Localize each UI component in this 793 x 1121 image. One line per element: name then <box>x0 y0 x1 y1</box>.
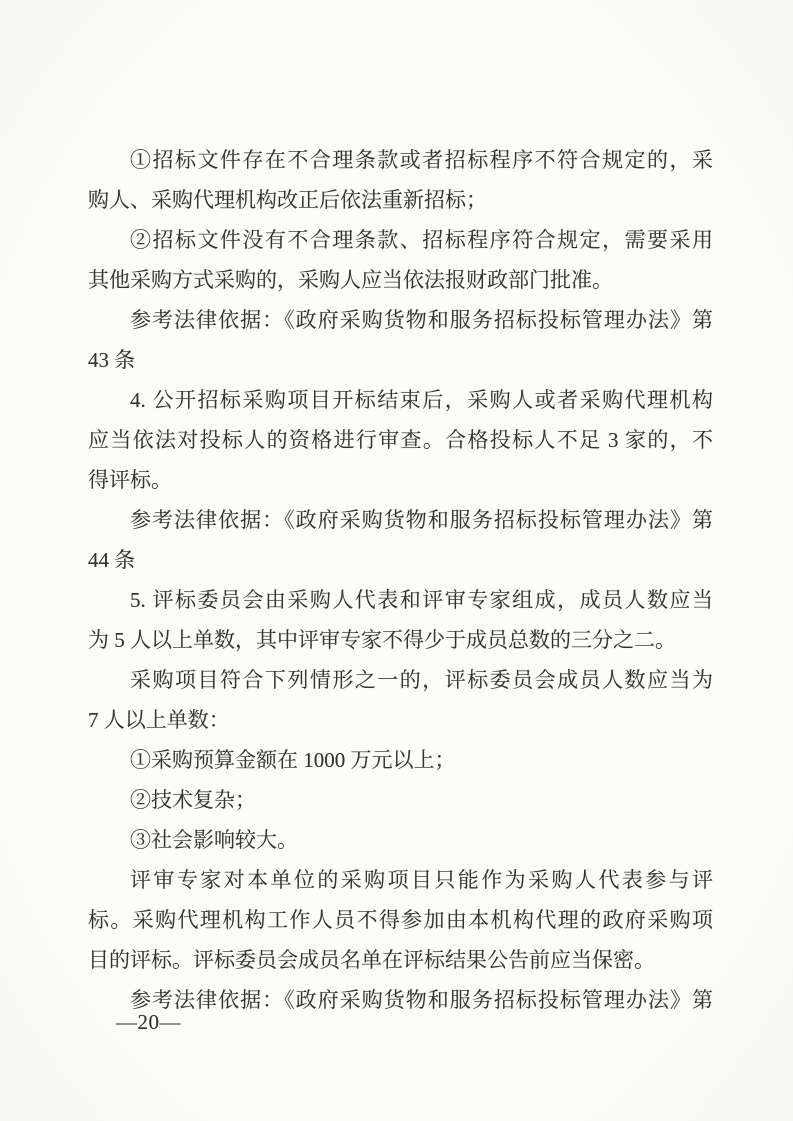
text-line: 购人、采购代理机构改正后依法重新招标； <box>88 180 713 220</box>
text-line: 参考法律依据：《政府采购货物和服务招标投标管理办法》第 <box>88 500 713 540</box>
text-line: 标。采购代理机构工作人员不得参加由本机构代理的政府采购项 <box>88 900 713 940</box>
document-text-block: ①招标文件存在不合理条款或者招标程序不符合规定的，采 购人、采购代理机构改正后依… <box>88 140 713 1020</box>
text-line: 44 条 <box>88 540 713 580</box>
text-line: ③社会影响较大。 <box>88 820 713 860</box>
text-line: 其他采购方式采购的，采购人应当依法报财政部门批准。 <box>88 260 713 300</box>
text-line: 参考法律依据：《政府采购货物和服务招标投标管理办法》第 <box>88 980 713 1020</box>
scanned-document-page: ①招标文件存在不合理条款或者招标程序不符合规定的，采 购人、采购代理机构改正后依… <box>0 0 793 1121</box>
text-line: 采购项目符合下列情形之一的，评标委员会成员人数应当为 <box>88 660 713 700</box>
text-line: 评审专家对本单位的采购项目只能作为采购人代表参与评 <box>88 860 713 900</box>
text-line: 43 条 <box>88 340 713 380</box>
text-line: ①招标文件存在不合理条款或者招标程序不符合规定的，采 <box>88 140 713 180</box>
text-line: ①采购预算金额在 1000 万元以上； <box>88 740 713 780</box>
text-line: 为 5 人以上单数，其中评审专家不得少于成员总数的三分之二。 <box>88 620 713 660</box>
page-number: —20— <box>116 1008 181 1036</box>
text-line: 参考法律依据：《政府采购货物和服务招标投标管理办法》第 <box>88 300 713 340</box>
text-line: 4. 公开招标采购项目开标结束后，采购人或者采购代理机构 <box>88 380 713 420</box>
text-line: 得评标。 <box>88 460 713 500</box>
text-line: ②技术复杂； <box>88 780 713 820</box>
text-line: ②招标文件没有不合理条款、招标程序符合规定，需要采用 <box>88 220 713 260</box>
text-line: 7 人以上单数： <box>88 700 713 740</box>
text-line: 5. 评标委员会由采购人代表和评审专家组成，成员人数应当 <box>88 580 713 620</box>
text-line: 目的评标。评标委员会成员名单在评标结果公告前应当保密。 <box>88 940 713 980</box>
text-line: 应当依法对投标人的资格进行审查。合格投标人不足 3 家的，不 <box>88 420 713 460</box>
